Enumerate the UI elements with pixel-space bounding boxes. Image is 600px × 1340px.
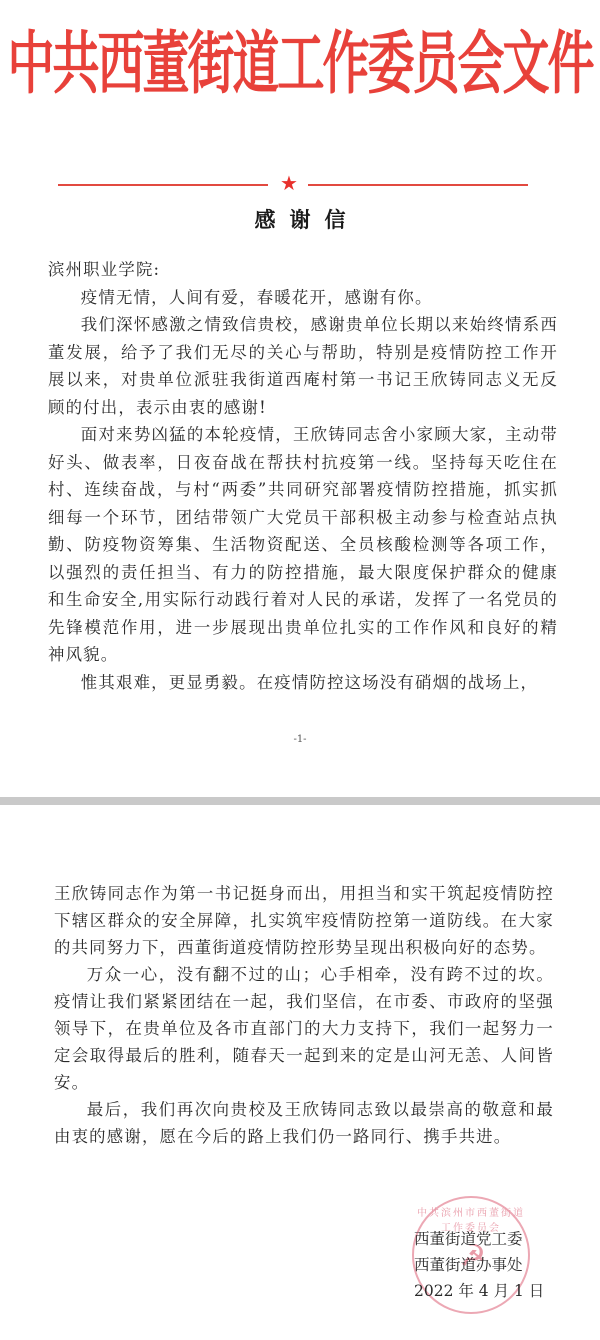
divider-line-right [308,184,528,186]
signature-org-1: 西董街道党工委 [414,1226,594,1252]
letter-body-page-2: 王欣铸同志作为第一书记挺身而出，用担当和实干筑起疫情防控下辖区群众的安全屏障，扎… [54,880,554,1150]
signature-date: 2022 年 4 月 1 日 [414,1278,594,1304]
paragraph: 万众一心，没有翻不过的山；心手相牵，没有跨不过的坎。疫情让我们紧紧团结在一起，我… [54,961,554,1096]
paragraph: 惟其艰难，更显勇毅。在疫情防控这场没有硝烟的战场上， [48,669,558,697]
signature-org-2: 西董街道办事处 [414,1252,594,1278]
salutation: 滨州职业学院: [48,256,558,284]
paragraph: 我们深怀感激之情致信贵校，感谢贵单位长期以来始终情系西董发展，给予了我们无尽的关… [48,311,558,421]
document-page-1: 中共西董街道工作委员会文件 ★ 感谢信 滨州职业学院: 疫情无情，人间有爱，春暖… [0,0,600,797]
paragraph: 面对来势凶猛的本轮疫情，王欣铸同志舍小家顾大家，主动带好头、做表率，日夜奋战在帮… [48,421,558,669]
paragraph: 王欣铸同志作为第一书记挺身而出，用担当和实干筑起疫情防控下辖区群众的安全屏障，扎… [54,880,554,961]
letter-title: 感谢信 [0,204,600,234]
letter-body-page-1: 滨州职业学院: 疫情无情，人间有爱，春暖花开，感谢有你。 我们深怀感激之情致信贵… [48,256,558,696]
divider-line-left [58,184,268,186]
paragraph: 最后，我们再次向贵校及王欣铸同志致以最崇高的敬意和最由衷的感谢，愿在今后的路上我… [54,1096,554,1150]
page-number: -1- [0,734,600,745]
page-separator [0,797,600,805]
document-header-title: 中共西董街道工作委员会文件 [0,10,600,107]
paragraph: 疫情无情，人间有爱，春暖花开，感谢有你。 [48,284,558,312]
star-icon: ★ [280,173,298,193]
signature-block: 西董街道党工委 西董街道办事处 2022 年 4 月 1 日 [414,1226,594,1304]
header-divider: ★ [58,178,528,198]
